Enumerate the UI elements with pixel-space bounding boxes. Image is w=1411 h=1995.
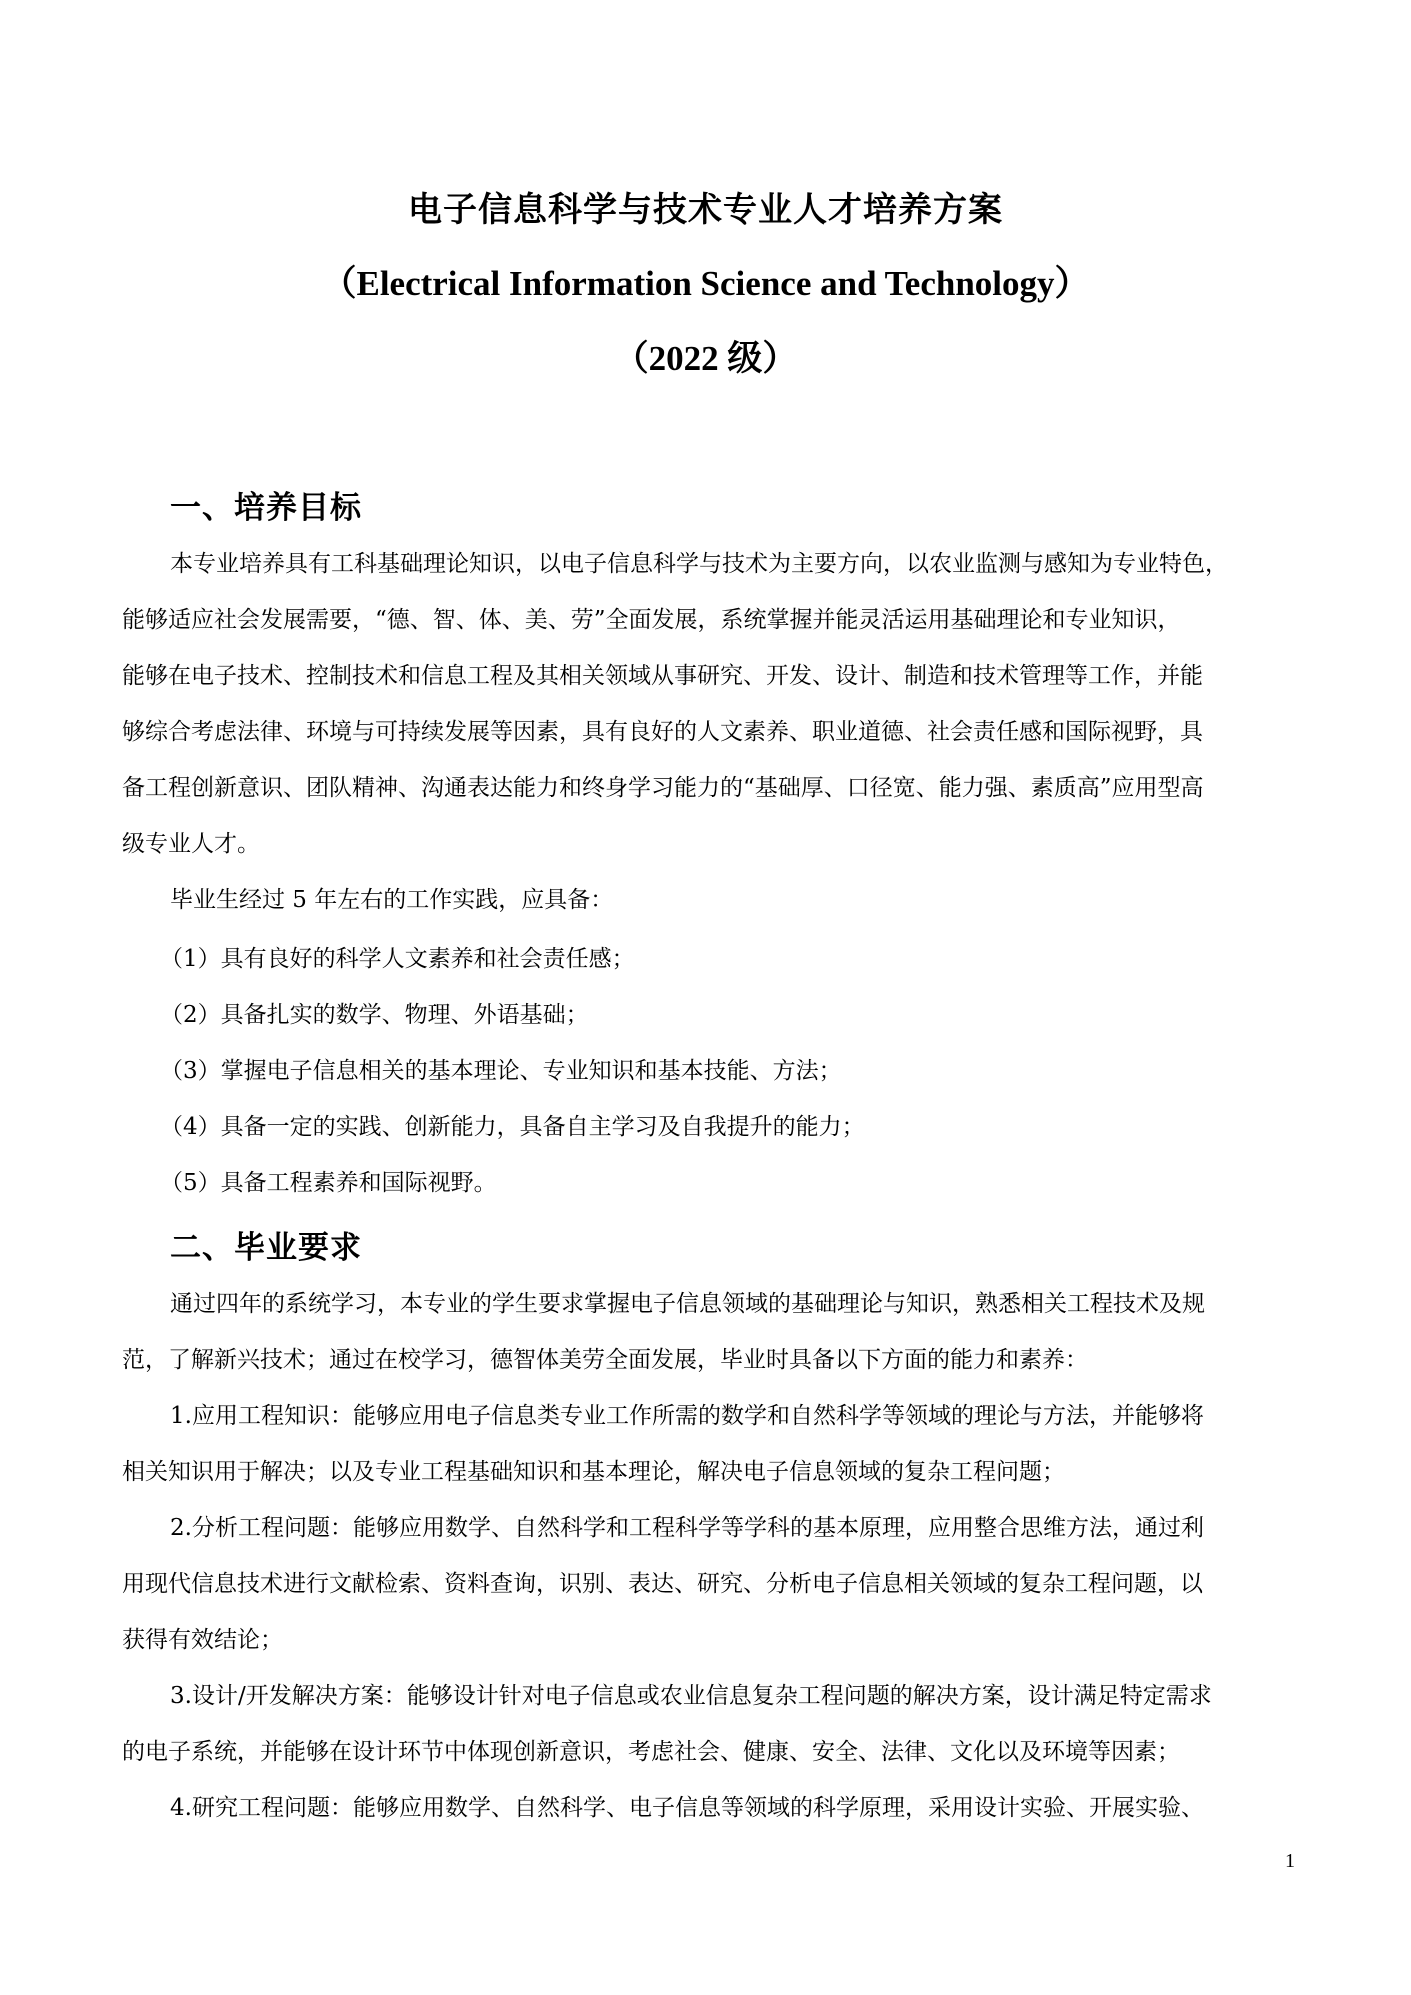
objective-item-2: （2）具备扎实的数学、物理、外语基础； <box>160 996 589 1029</box>
document-year: （2022 级） <box>0 331 1411 381</box>
objective-item-3: （3）掌握电子信息相关的基本理论、专业知识和基本技能、方法； <box>160 1052 842 1085</box>
paragraph-line: 4.研究工程问题：能够应用数学、自然科学、电子信息等领域的科学原理，采用设计实验… <box>122 1780 1290 1836</box>
paragraph-line: 通过四年的系统学习，本专业的学生要求掌握电子信息领域的基础理论与知识，熟悉相关工… <box>122 1276 1290 1332</box>
objective-item-4: （4）具备一定的实践、创新能力，具备自主学习及自我提升的能力； <box>160 1108 865 1141</box>
paragraph-line: 能够在电子技术、控制技术和信息工程及其相关领域从事研究、开发、设计、制造和技术管… <box>122 648 1290 704</box>
paragraph-line: 的电子系统，并能够在设计环节中体现创新意识，考虑社会、健康、安全、法律、文化以及… <box>122 1724 1290 1780</box>
objective-item-5: （5）具备工程素养和国际视野。 <box>160 1164 497 1197</box>
objective-item-1: （1）具有良好的科学人文素养和社会责任感； <box>160 940 635 973</box>
requirement-2-problem-analysis: 2.分析工程问题：能够应用数学、自然科学和工程科学等学科的基本原理，应用整合思维… <box>122 1500 1290 1668</box>
paragraph-line: 获得有效结论； <box>122 1612 1290 1668</box>
paragraph-line: 相关知识用于解决；以及专业工程基础知识和基本理论，解决电子信息领域的复杂工程问题… <box>122 1444 1290 1500</box>
graduate-expectation-intro: 毕业生经过 5 年左右的工作实践，应具备： <box>122 872 1290 928</box>
requirement-1-engineering-knowledge: 1.应用工程知识：能够应用电子信息类专业工作所需的数学和自然科学等领域的理论与方… <box>122 1388 1290 1500</box>
paragraph-line: 1.应用工程知识：能够应用电子信息类专业工作所需的数学和自然科学等领域的理论与方… <box>122 1388 1290 1444</box>
paragraph-line: 3.设计/开发解决方案：能够设计针对电子信息或农业信息复杂工程问题的解决方案，设… <box>122 1668 1290 1724</box>
paragraph-line: 范，了解新兴技术；通过在校学习，德智体美劳全面发展，毕业时具备以下方面的能力和素… <box>122 1332 1290 1388</box>
requirement-4-research: 4.研究工程问题：能够应用数学、自然科学、电子信息等领域的科学原理，采用设计实验… <box>122 1780 1290 1836</box>
paragraph-line: 毕业生经过 5 年左右的工作实践，应具备： <box>122 872 1290 928</box>
graduation-requirements-intro: 通过四年的系统学习，本专业的学生要求掌握电子信息领域的基础理论与知识，熟悉相关工… <box>122 1276 1290 1388</box>
paragraph-line: 备工程创新意识、团队精神、沟通表达能力和终身学习能力的“基础厚、口径宽、能力强、… <box>122 760 1290 816</box>
page-number: 1 <box>1285 1850 1295 1873</box>
paragraph-line: 用现代信息技术进行文献检索、资料查询，识别、表达、研究、分析电子信息相关领域的复… <box>122 1556 1290 1612</box>
section-heading-graduation-requirements: 二、毕业要求 <box>170 1222 362 1267</box>
training-objectives-paragraph: 本专业培养具有工科基础理论知识，以电子信息科学与技术为主要方向，以农业监测与感知… <box>122 536 1290 872</box>
paragraph-line: 2.分析工程问题：能够应用数学、自然科学和工程科学等学科的基本原理，应用整合思维… <box>122 1500 1290 1556</box>
document-subtitle-english: （Electrical Information Science and Tech… <box>0 256 1411 306</box>
requirement-3-design-solutions: 3.设计/开发解决方案：能够设计针对电子信息或农业信息复杂工程问题的解决方案，设… <box>122 1668 1290 1780</box>
paragraph-line: 本专业培养具有工科基础理论知识，以电子信息科学与技术为主要方向，以农业监测与感知… <box>122 536 1290 592</box>
paragraph-line: 能够适应社会发展需要，“德、智、体、美、劳”全面发展，系统掌握并能灵活运用基础理… <box>122 592 1290 648</box>
paragraph-line: 够综合考虑法律、环境与可持续发展等因素，具有良好的人文素养、职业道德、社会责任感… <box>122 704 1290 760</box>
document-title: 电子信息科学与技术专业人才培养方案 <box>0 182 1411 231</box>
section-heading-training-objectives: 一、培养目标 <box>170 482 362 527</box>
document-page: 电子信息科学与技术专业人才培养方案 （Electrical Informatio… <box>0 0 1411 1995</box>
paragraph-line: 级专业人才。 <box>122 816 1290 872</box>
